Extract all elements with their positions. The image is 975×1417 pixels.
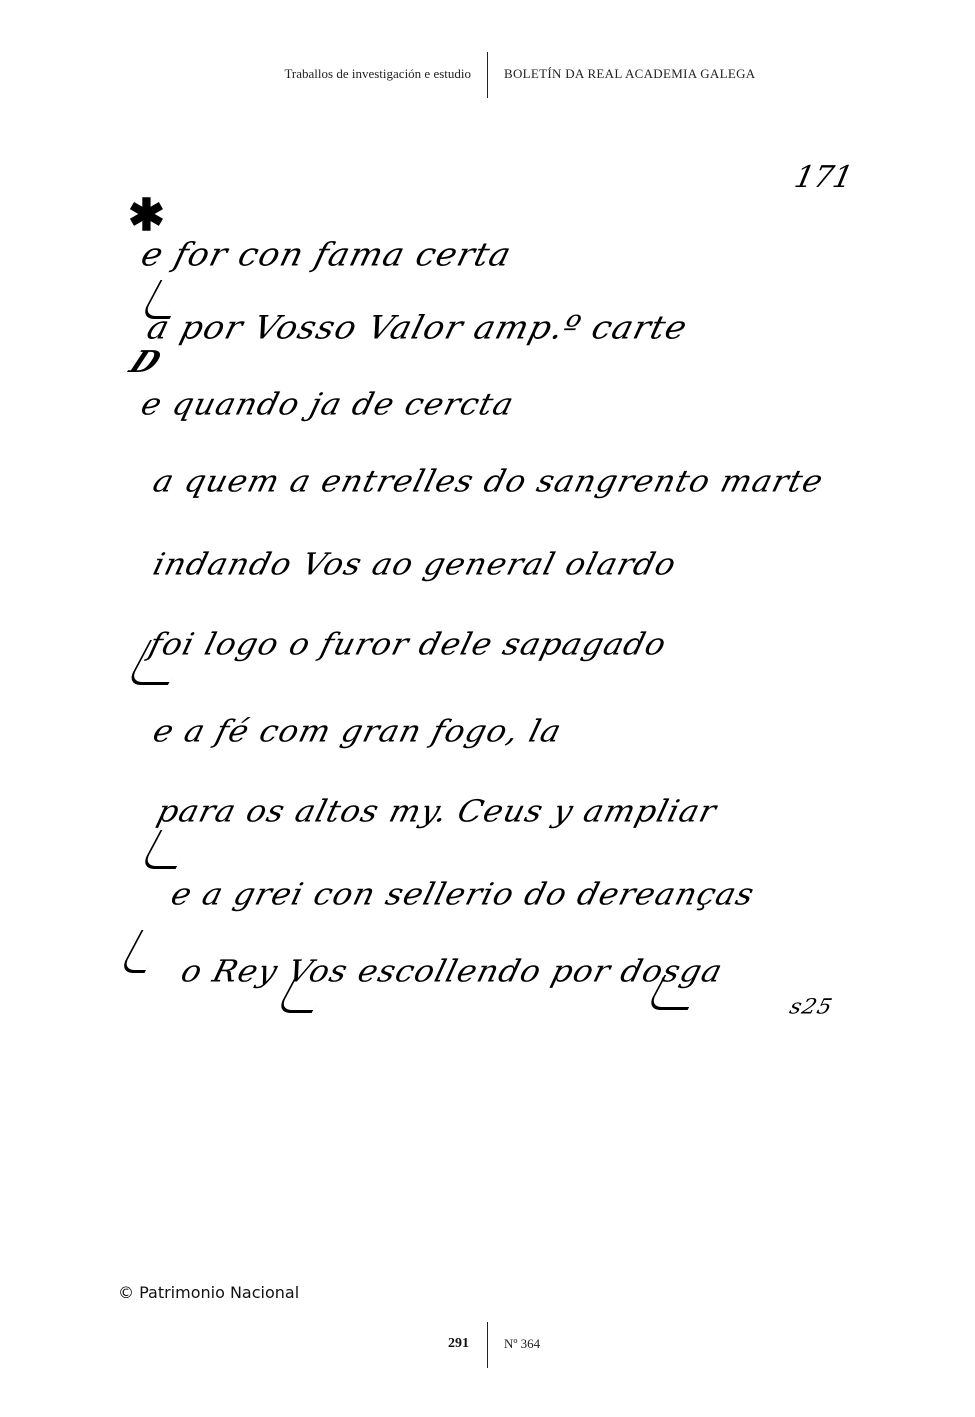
margin-mark: D bbox=[124, 345, 166, 380]
manuscript-line: e a grei con sellerio do dereanças bbox=[167, 876, 758, 912]
header-divider bbox=[487, 52, 488, 98]
manuscript-line: indando Vos ao general olardo bbox=[149, 546, 680, 582]
manuscript-line: a quem a entrelles do sangrento marte bbox=[149, 463, 827, 499]
running-header: Traballos de investigación e estudio BOL… bbox=[0, 52, 975, 100]
manuscript-line: e a fé com gran fogo, la bbox=[149, 713, 565, 749]
journal-title: BOLETÍN DA REAL ACADEMIA GALEGA bbox=[504, 66, 755, 82]
catchword: s25 bbox=[787, 996, 835, 1020]
running-footer: 291 Nº 364 bbox=[0, 1322, 975, 1368]
asterisk-mark-icon: ✱ bbox=[128, 194, 165, 238]
manuscript-line: o Rey Vos escollendo por dosga bbox=[177, 953, 726, 989]
flourish-stroke bbox=[126, 640, 192, 685]
page-number: 291 bbox=[448, 1336, 469, 1352]
manuscript-facsimile: 171 ✱ e for con fama certa a por Vosso V… bbox=[110, 140, 870, 1060]
flourish-stroke bbox=[140, 830, 197, 869]
manuscript-line: e for con fama certa bbox=[137, 236, 515, 274]
manuscript-line: foi logo o furor dele sapagado bbox=[145, 626, 670, 662]
footer-divider bbox=[487, 1322, 488, 1368]
folio-number: 171 bbox=[791, 160, 856, 195]
image-credit: © Patrimonio Nacional bbox=[118, 1283, 299, 1302]
manuscript-line: e quando ja de cercta bbox=[137, 386, 518, 422]
manuscript-line: para os altos my. Ceus y ampliar bbox=[153, 793, 720, 829]
section-title: Traballos de investigación e estudio bbox=[284, 66, 471, 82]
flourish-stroke bbox=[119, 930, 168, 973]
issue-number: Nº 364 bbox=[504, 1336, 540, 1352]
manuscript-line: a por Vosso Valor amp.º carte bbox=[143, 309, 691, 347]
